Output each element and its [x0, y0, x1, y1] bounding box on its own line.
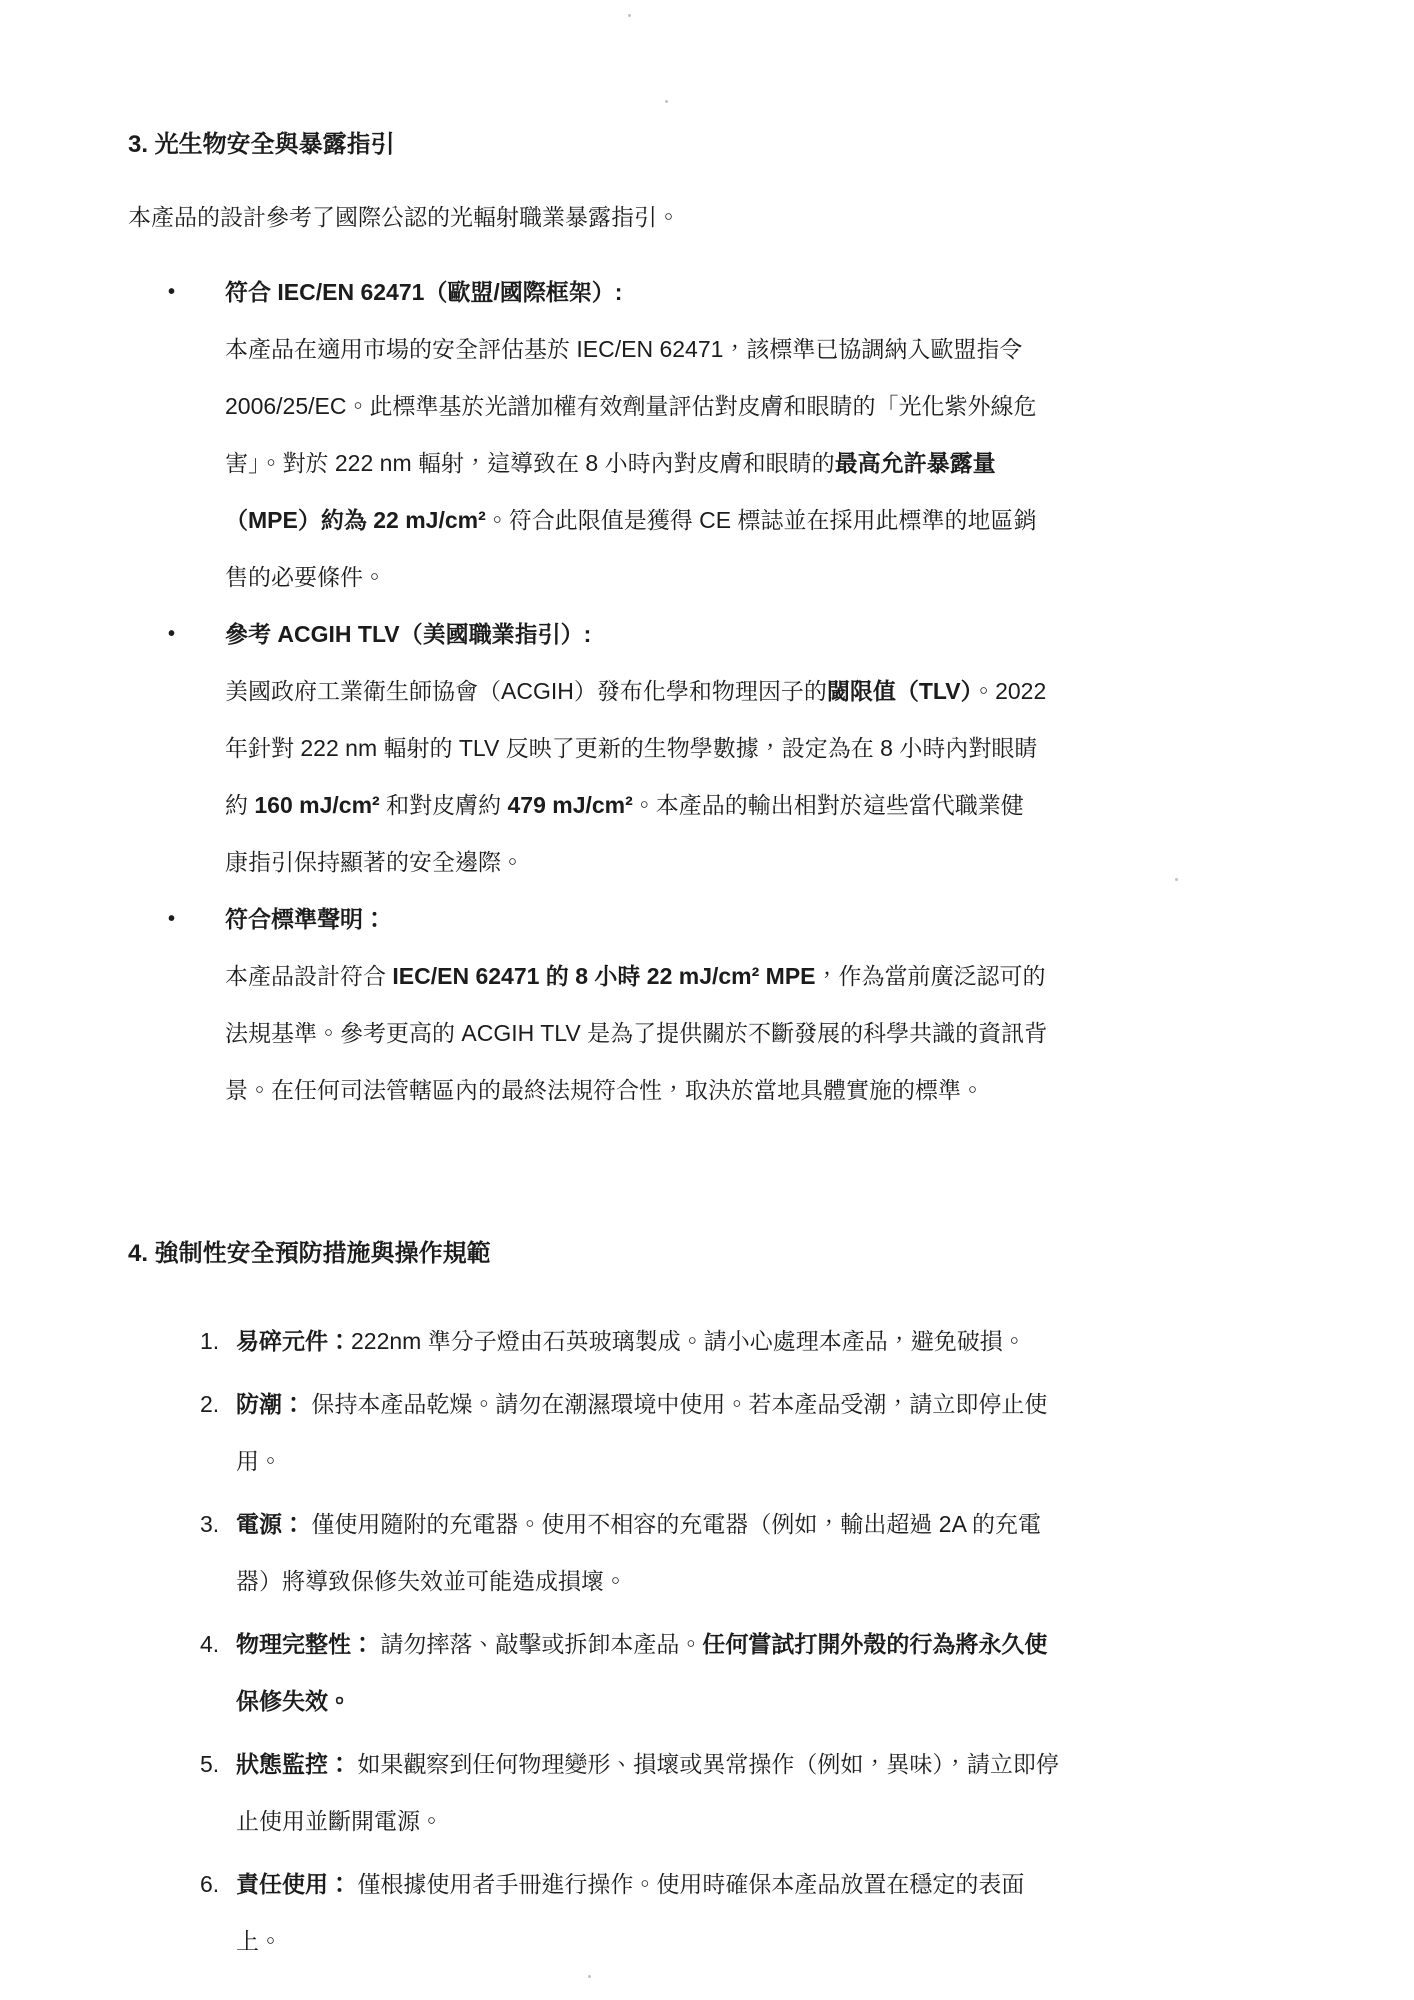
scan-speck — [665, 100, 668, 103]
paragraph-line: 景。在任何司法管轄區內的最終法規符合性，取決於當地具體實施的標準。 — [168, 1062, 1308, 1119]
text-run: 止使用並斷開電源。 — [236, 1808, 443, 1834]
bullet-marker: • — [168, 891, 175, 948]
section-4-heading: 4. 強制性安全預防措施與操作規範 — [128, 1237, 1308, 1271]
text-run: 上。 — [236, 1928, 282, 1954]
scan-speck — [628, 14, 631, 17]
scan-speck — [588, 1975, 591, 1978]
text-run: ，作為當前廣泛認可的 — [816, 963, 1046, 989]
paragraph-line: 本產品在適用市場的安全評估基於 IEC/EN 62471，該標準已協調納入歐盟指… — [168, 321, 1308, 378]
bullet-title: •符合 IEC/EN 62471（歐盟/國際框架）: — [168, 264, 1308, 321]
paragraph-line: 2.防潮： 保持本產品乾燥。請勿在潮濕環境中使用。若本產品受潮，請立即停止使 — [200, 1376, 1308, 1433]
section-4-numbered-list: 1.易碎元件：222nm 準分子燈由石英玻璃製成。請小心處理本產品，避免破損。2… — [128, 1313, 1308, 1970]
bullet-item: •符合標準聲明：本產品設計符合 IEC/EN 62471 的 8 小時 22 m… — [168, 891, 1308, 1119]
item-number: 4. — [200, 1616, 219, 1673]
numbered-item: 1.易碎元件：222nm 準分子燈由石英玻璃製成。請小心處理本產品，避免破損。 — [200, 1313, 1308, 1370]
paragraph-line: 4.物理完整性： 請勿摔落、敲擊或拆卸本產品。任何嘗試打開外殼的行為將永久使 — [200, 1616, 1308, 1673]
text-run: 2006/25/EC。此標準基於光譜加權有效劑量評估對皮膚和眼睛的「光化紫外線危 — [225, 393, 1036, 419]
bold-text-run: 責任使用： — [236, 1871, 351, 1897]
paragraph-line: 年針對 222 nm 輻射的 TLV 反映了更新的生物學數據，設定為在 8 小時… — [168, 720, 1308, 777]
item-number: 5. — [200, 1736, 219, 1793]
paragraph-line: 1.易碎元件：222nm 準分子燈由石英玻璃製成。請小心處理本產品，避免破損。 — [200, 1313, 1308, 1370]
bold-text-run: 防潮： — [236, 1391, 305, 1417]
text-run: 美國政府工業衛生師協會（ACGIH）發布化學和物理因子的 — [225, 678, 827, 704]
bullet-marker: • — [168, 264, 175, 321]
text-run: 僅根據使用者手冊進行操作。使用時確保本產品放置在穩定的表面 — [351, 1871, 1024, 1897]
bold-text-run: 最高允許暴露量 — [835, 450, 996, 476]
section-3-intro: 本產品的設計參考了國際公認的光輻射職業暴露指引。 — [128, 200, 1308, 234]
text-run: 僅使用隨附的充電器。使用不相容的充電器（例如，輸出超過 2A 的充電 — [305, 1511, 1041, 1537]
paragraph-line: 2006/25/EC。此標準基於光譜加權有效劑量評估對皮膚和眼睛的「光化紫外線危 — [168, 378, 1308, 435]
item-number: 1. — [200, 1313, 219, 1370]
text-run: 本產品在適用市場的安全評估基於 IEC/EN 62471，該標準已協調納入歐盟指… — [225, 336, 1022, 362]
paragraph-line: 6.責任使用： 僅根據使用者手冊進行操作。使用時確保本產品放置在穩定的表面 — [200, 1856, 1308, 1913]
text-run: 害」。對於 222 nm 輻射，這導致在 8 小時內對皮膚和眼睛的 — [225, 450, 835, 476]
text-run: 請勿摔落、敲擊或拆卸本產品。 — [374, 1631, 702, 1657]
paragraph-line: 售的必要條件。 — [168, 549, 1308, 606]
paragraph-line: 美國政府工業衛生師協會（ACGIH）發布化學和物理因子的閾限值（TLV）。202… — [168, 663, 1308, 720]
paragraph-line: 害」。對於 222 nm 輻射，這導致在 8 小時內對皮膚和眼睛的最高允許暴露量 — [168, 435, 1308, 492]
text-run: 用。 — [236, 1448, 282, 1474]
bold-text-run: 479 mJ/cm² — [507, 792, 632, 818]
bold-text-run: 物理完整性： — [236, 1631, 374, 1657]
text-run: 器）將導致保修失效並可能造成損壞。 — [236, 1568, 627, 1594]
paragraph-line: （MPE）約為 22 mJ/cm²。符合此限值是獲得 CE 標誌並在採用此標準的… — [168, 492, 1308, 549]
bullet-item: •符合 IEC/EN 62471（歐盟/國際框架）:本產品在適用市場的安全評估基… — [168, 264, 1308, 606]
bullet-item: •參考 ACGIH TLV（美國職業指引）:美國政府工業衛生師協會（ACGIH）… — [168, 606, 1308, 891]
item-number: 6. — [200, 1856, 219, 1913]
page-content: 3. 光生物安全與暴露指引 本產品的設計參考了國際公認的光輻射職業暴露指引。 •… — [128, 128, 1308, 1970]
text-run: 如果觀察到任何物理變形、損壞或異常操作（例如，異味），請立即停 — [351, 1751, 1059, 1777]
bold-text-run: 閾限值（TLV） — [827, 678, 972, 704]
text-run: 康指引保持顯著的安全邊際。 — [225, 849, 524, 875]
bullet-marker: • — [168, 606, 175, 663]
text-run: 222nm 準分子燈由石英玻璃製成。請小心處理本產品，避免破損。 — [351, 1328, 1026, 1354]
paragraph-line: 保修失效。 — [200, 1673, 1308, 1730]
bold-text-run: 電源： — [236, 1511, 305, 1537]
paragraph-line: 5.狀態監控： 如果觀察到任何物理變形、損壞或異常操作（例如，異味），請立即停 — [200, 1736, 1308, 1793]
numbered-item: 4.物理完整性： 請勿摔落、敲擊或拆卸本產品。任何嘗試打開外殼的行為將永久使保修… — [200, 1616, 1308, 1730]
section-3-bullet-list: •符合 IEC/EN 62471（歐盟/國際框架）:本產品在適用市場的安全評估基… — [128, 264, 1308, 1119]
document-page: 3. 光生物安全與暴露指引 本產品的設計參考了國際公認的光輻射職業暴露指引。 •… — [0, 0, 1414, 2000]
numbered-item: 3.電源： 僅使用隨附的充電器。使用不相容的充電器（例如，輸出超過 2A 的充電… — [200, 1496, 1308, 1610]
numbered-item: 6.責任使用： 僅根據使用者手冊進行操作。使用時確保本產品放置在穩定的表面上。 — [200, 1856, 1308, 1970]
section-3-heading: 3. 光生物安全與暴露指引 — [128, 128, 1308, 162]
paragraph-line: 用。 — [200, 1433, 1308, 1490]
paragraph-line: 法規基準。參考更高的 ACGIH TLV 是為了提供關於不斷發展的科學共識的資訊… — [168, 1005, 1308, 1062]
paragraph-line: 約 160 mJ/cm² 和對皮膚約 479 mJ/cm²。本產品的輸出相對於這… — [168, 777, 1308, 834]
item-number: 3. — [200, 1496, 219, 1553]
paragraph-line: 康指引保持顯著的安全邊際。 — [168, 834, 1308, 891]
paragraph-line: 止使用並斷開電源。 — [200, 1793, 1308, 1850]
bold-text-run: 160 mJ/cm² — [254, 792, 379, 818]
paragraph-line: 3.電源： 僅使用隨附的充電器。使用不相容的充電器（例如，輸出超過 2A 的充電 — [200, 1496, 1308, 1553]
item-number: 2. — [200, 1376, 219, 1433]
paragraph-line: 上。 — [200, 1913, 1308, 1970]
text-run: 。符合此限值是獲得 CE 標誌並在採用此標準的地區銷 — [486, 507, 1037, 533]
bold-text-run: （MPE）約為 22 mJ/cm² — [225, 507, 486, 533]
paragraph-line: 本產品設計符合 IEC/EN 62471 的 8 小時 22 mJ/cm² MP… — [168, 948, 1308, 1005]
text-run: 。2022 — [972, 678, 1046, 704]
text-run: 售的必要條件。 — [225, 564, 386, 590]
bullet-title: •符合標準聲明： — [168, 891, 1308, 948]
bold-text-run: IEC/EN 62471 的 8 小時 22 mJ/cm² MPE — [392, 963, 815, 989]
bold-text-run: 易碎元件： — [236, 1328, 351, 1354]
bold-text-run: 保修失效。 — [236, 1688, 351, 1714]
text-run: 本產品設計符合 — [225, 963, 392, 989]
numbered-item: 5.狀態監控： 如果觀察到任何物理變形、損壞或異常操作（例如，異味），請立即停止… — [200, 1736, 1308, 1850]
text-run: 法規基準。參考更高的 ACGIH TLV 是為了提供關於不斷發展的科學共識的資訊… — [225, 1020, 1047, 1046]
numbered-item: 2.防潮： 保持本產品乾燥。請勿在潮濕環境中使用。若本產品受潮，請立即停止使用。 — [200, 1376, 1308, 1490]
text-run: 保持本產品乾燥。請勿在潮濕環境中使用。若本產品受潮，請立即停止使 — [305, 1391, 1047, 1417]
text-run: 年針對 222 nm 輻射的 TLV 反映了更新的生物學數據，設定為在 8 小時… — [225, 735, 1037, 761]
text-run: 約 — [225, 792, 254, 818]
paragraph-line: 器）將導致保修失效並可能造成損壞。 — [200, 1553, 1308, 1610]
text-run: 景。在任何司法管轄區內的最終法規符合性，取決於當地具體實施的標準。 — [225, 1077, 984, 1103]
text-run: 。本產品的輸出相對於這些當代職業健 — [633, 792, 1024, 818]
bullet-title: •參考 ACGIH TLV（美國職業指引）: — [168, 606, 1308, 663]
bold-text-run: 任何嘗試打開外殼的行為將永久使 — [702, 1631, 1047, 1657]
bold-text-run: 狀態監控： — [236, 1751, 351, 1777]
text-run: 和對皮膚約 — [380, 792, 508, 818]
